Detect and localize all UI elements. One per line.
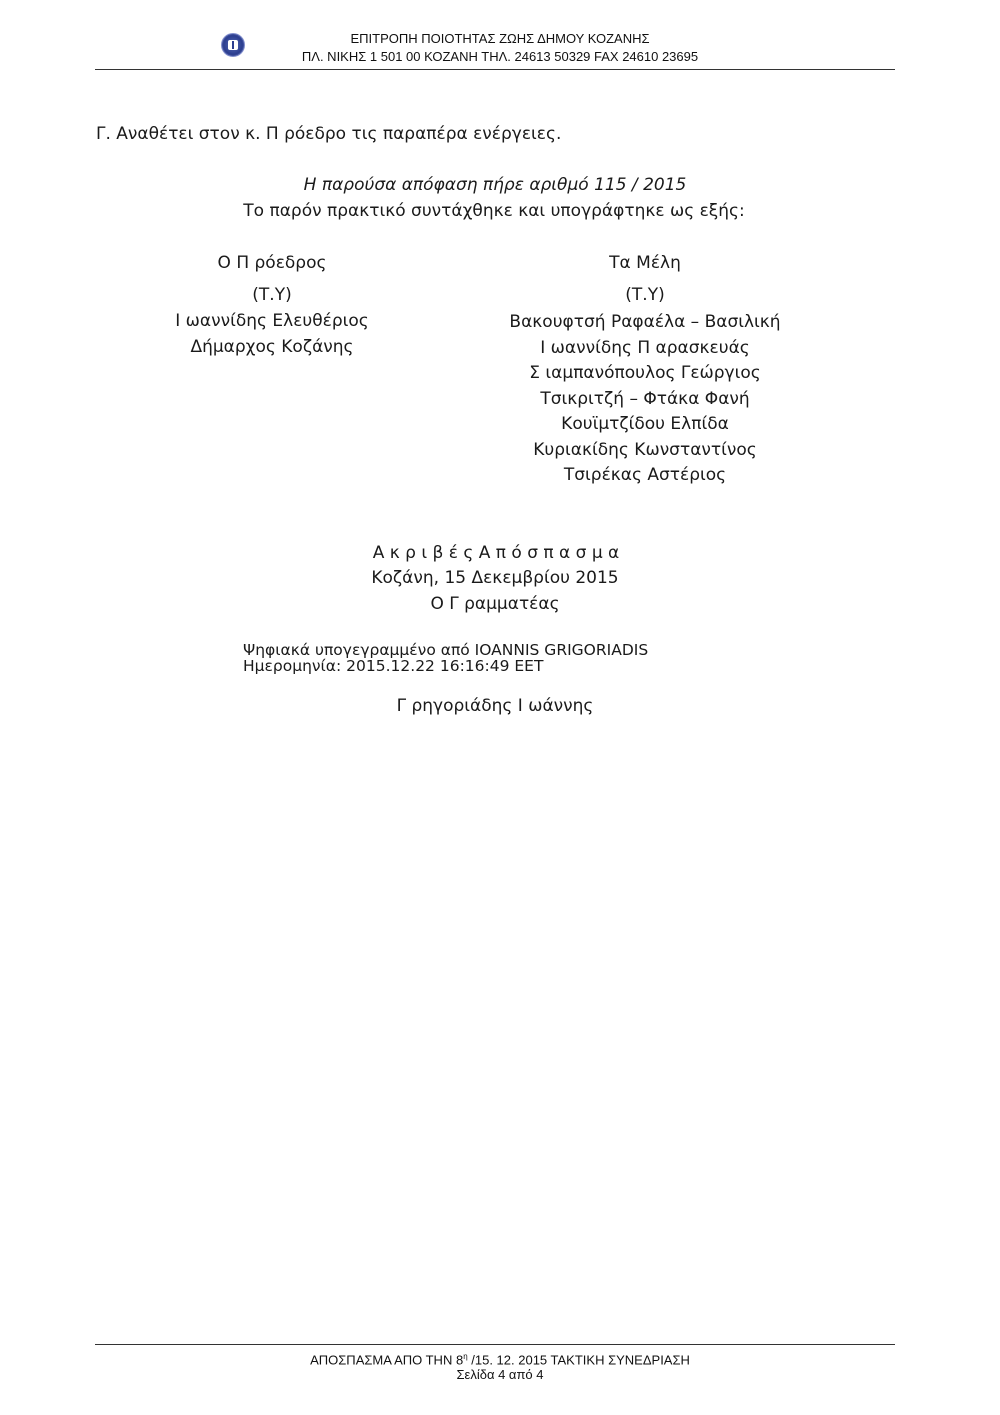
header-organization: ΕΠΙΤΡΟΠΗ ΠΟΙΟΤΗΤΑΣ ΖΩΗΣ ΔΗΜΟΥ ΚΟΖΑΝΗΣ: [0, 30, 1000, 48]
extract-title: Α κ ρ ι β έ ς Α π ό σ π α σ μ α: [373, 542, 620, 564]
header-contact: ΠΛ. ΝΙΚΗΣ 1 501 00 ΚΟΖΑΝΗ ΤΗΛ. 24613 503…: [0, 48, 1000, 66]
members-signature-mark: (Τ.Υ): [625, 284, 664, 306]
decision-number: Η παρούσα απόφαση πήρε αριθμό 115 / 2015: [304, 174, 687, 196]
member-name: Κυριακίδης Κωνσταντίνος: [509, 438, 780, 464]
page-indicator: Σελίδα 4 από 4: [0, 1366, 1000, 1384]
secretary-title: Ο Γ ραμματέας: [430, 593, 559, 615]
signed-statement: Το παρόν πρακτικό συντάχθηκε και υπογράφ…: [243, 200, 744, 222]
digital-signature-date: Ημερομηνία: 2015.12.22 16:16:49 EET: [243, 658, 648, 674]
member-name: Τσιρέκας Αστέριος: [509, 463, 780, 489]
member-name: Κουϊμτζίδου Ελπίδα: [509, 412, 780, 438]
president-title: Ο Π ρόεδρος: [218, 252, 327, 274]
member-name: Βακουφτσή Ραφαέλα – Βασιλική: [509, 310, 780, 336]
place-date: Κοζάνη, 15 Δεκεμβρίου 2015: [371, 567, 618, 589]
clause-text: Γ. Αναθέτει στον κ. Π ρόεδρο τις παραπέρ…: [96, 123, 561, 145]
header-divider: [95, 69, 895, 70]
digital-signature: Ψηφιακά υπογεγραμμένο από IOANNIS GRIGOR…: [243, 642, 648, 674]
president-role: Δήμαρχος Κοζάνης: [190, 336, 353, 358]
member-name: Τσικριτζή – Φτάκα Φανή: [509, 387, 780, 413]
president-signature-mark: (Τ.Υ): [252, 284, 291, 306]
president-name: Ι ωαννίδης Ελευθέριος: [175, 310, 369, 332]
members-list: Βακουφτσή Ραφαέλα – Βασιλική Ι ωαννίδης …: [509, 310, 780, 489]
secretary-name: Γ ρηγοριάδης Ι ωάννης: [397, 695, 594, 717]
digital-signature-signer: Ψηφιακά υπογεγραμμένο από IOANNIS GRIGOR…: [243, 642, 648, 658]
member-name: Σ ιαμπανόπουλος Γεώργιος: [509, 361, 780, 387]
member-name: Ι ωαννίδης Π αρασκευάς: [509, 336, 780, 362]
members-title: Τα Μέλη: [609, 252, 681, 274]
footer-divider: [95, 1344, 895, 1345]
